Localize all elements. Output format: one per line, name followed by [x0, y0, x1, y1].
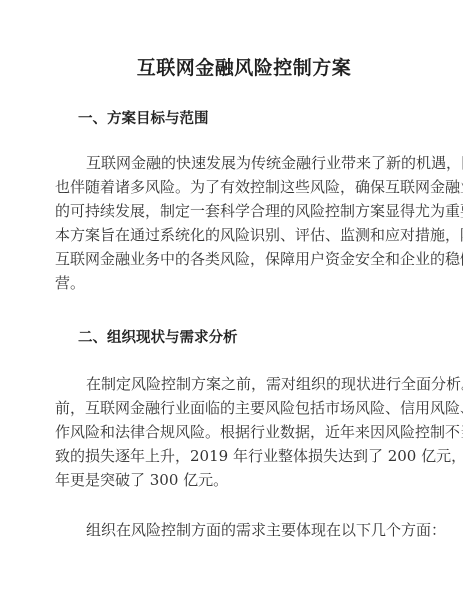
paragraph-line: 本方案旨在通过系统化的风险识别、评估、监测和应对措施，降低 [55, 223, 407, 247]
paragraph-needs-intro: 组织在风险控制方面的需求主要体现在以下几个方面： [55, 518, 407, 542]
document-title: 互联网金融风险控制方案 [0, 56, 463, 80]
paragraph-goals-scope: 互联网金融的快速发展为传统金融行业带来了新的机遇，同时 也伴随着诸多风险。为了有… [55, 151, 407, 295]
paragraph-line: 年更是突破了 300 亿元。 [55, 468, 407, 492]
paragraph-line: 前，互联网金融行业面临的主要风险包括市场风险、信用风险、操 [55, 396, 407, 420]
section-heading-status-analysis: 二、组织现状与需求分析 [78, 328, 238, 348]
paragraph-line: 营。 [55, 271, 407, 295]
section-heading-goals-scope: 一、方案目标与范围 [78, 109, 209, 129]
paragraph-line: 也伴随着诸多风险。为了有效控制这些风险，确保互联网金融业务 [55, 175, 407, 199]
paragraph-line: 组织在风险控制方面的需求主要体现在以下几个方面： [55, 518, 407, 542]
document-page: 互联网金融风险控制方案 一、方案目标与范围 互联网金融的快速发展为传统金融行业带… [0, 0, 463, 600]
paragraph-status-analysis: 在制定风险控制方案之前，需对组织的现状进行全面分析。当 前，互联网金融行业面临的… [55, 372, 407, 492]
paragraph-line: 在制定风险控制方案之前，需对组织的现状进行全面分析。当 [55, 372, 407, 396]
paragraph-line: 互联网金融业务中的各类风险，保障用户资金安全和企业的稳健运 [55, 247, 407, 271]
paragraph-line: 致的损失逐年上升，2019 年行业整体损失达到了 200 亿元，2020 [55, 444, 407, 468]
paragraph-line: 的可持续发展，制定一套科学合理的风险控制方案显得尤为重要。 [55, 199, 407, 223]
paragraph-line: 互联网金融的快速发展为传统金融行业带来了新的机遇，同时 [55, 151, 407, 175]
paragraph-line: 作风险和法律合规风险。根据行业数据，近年来因风险控制不当导 [55, 420, 407, 444]
